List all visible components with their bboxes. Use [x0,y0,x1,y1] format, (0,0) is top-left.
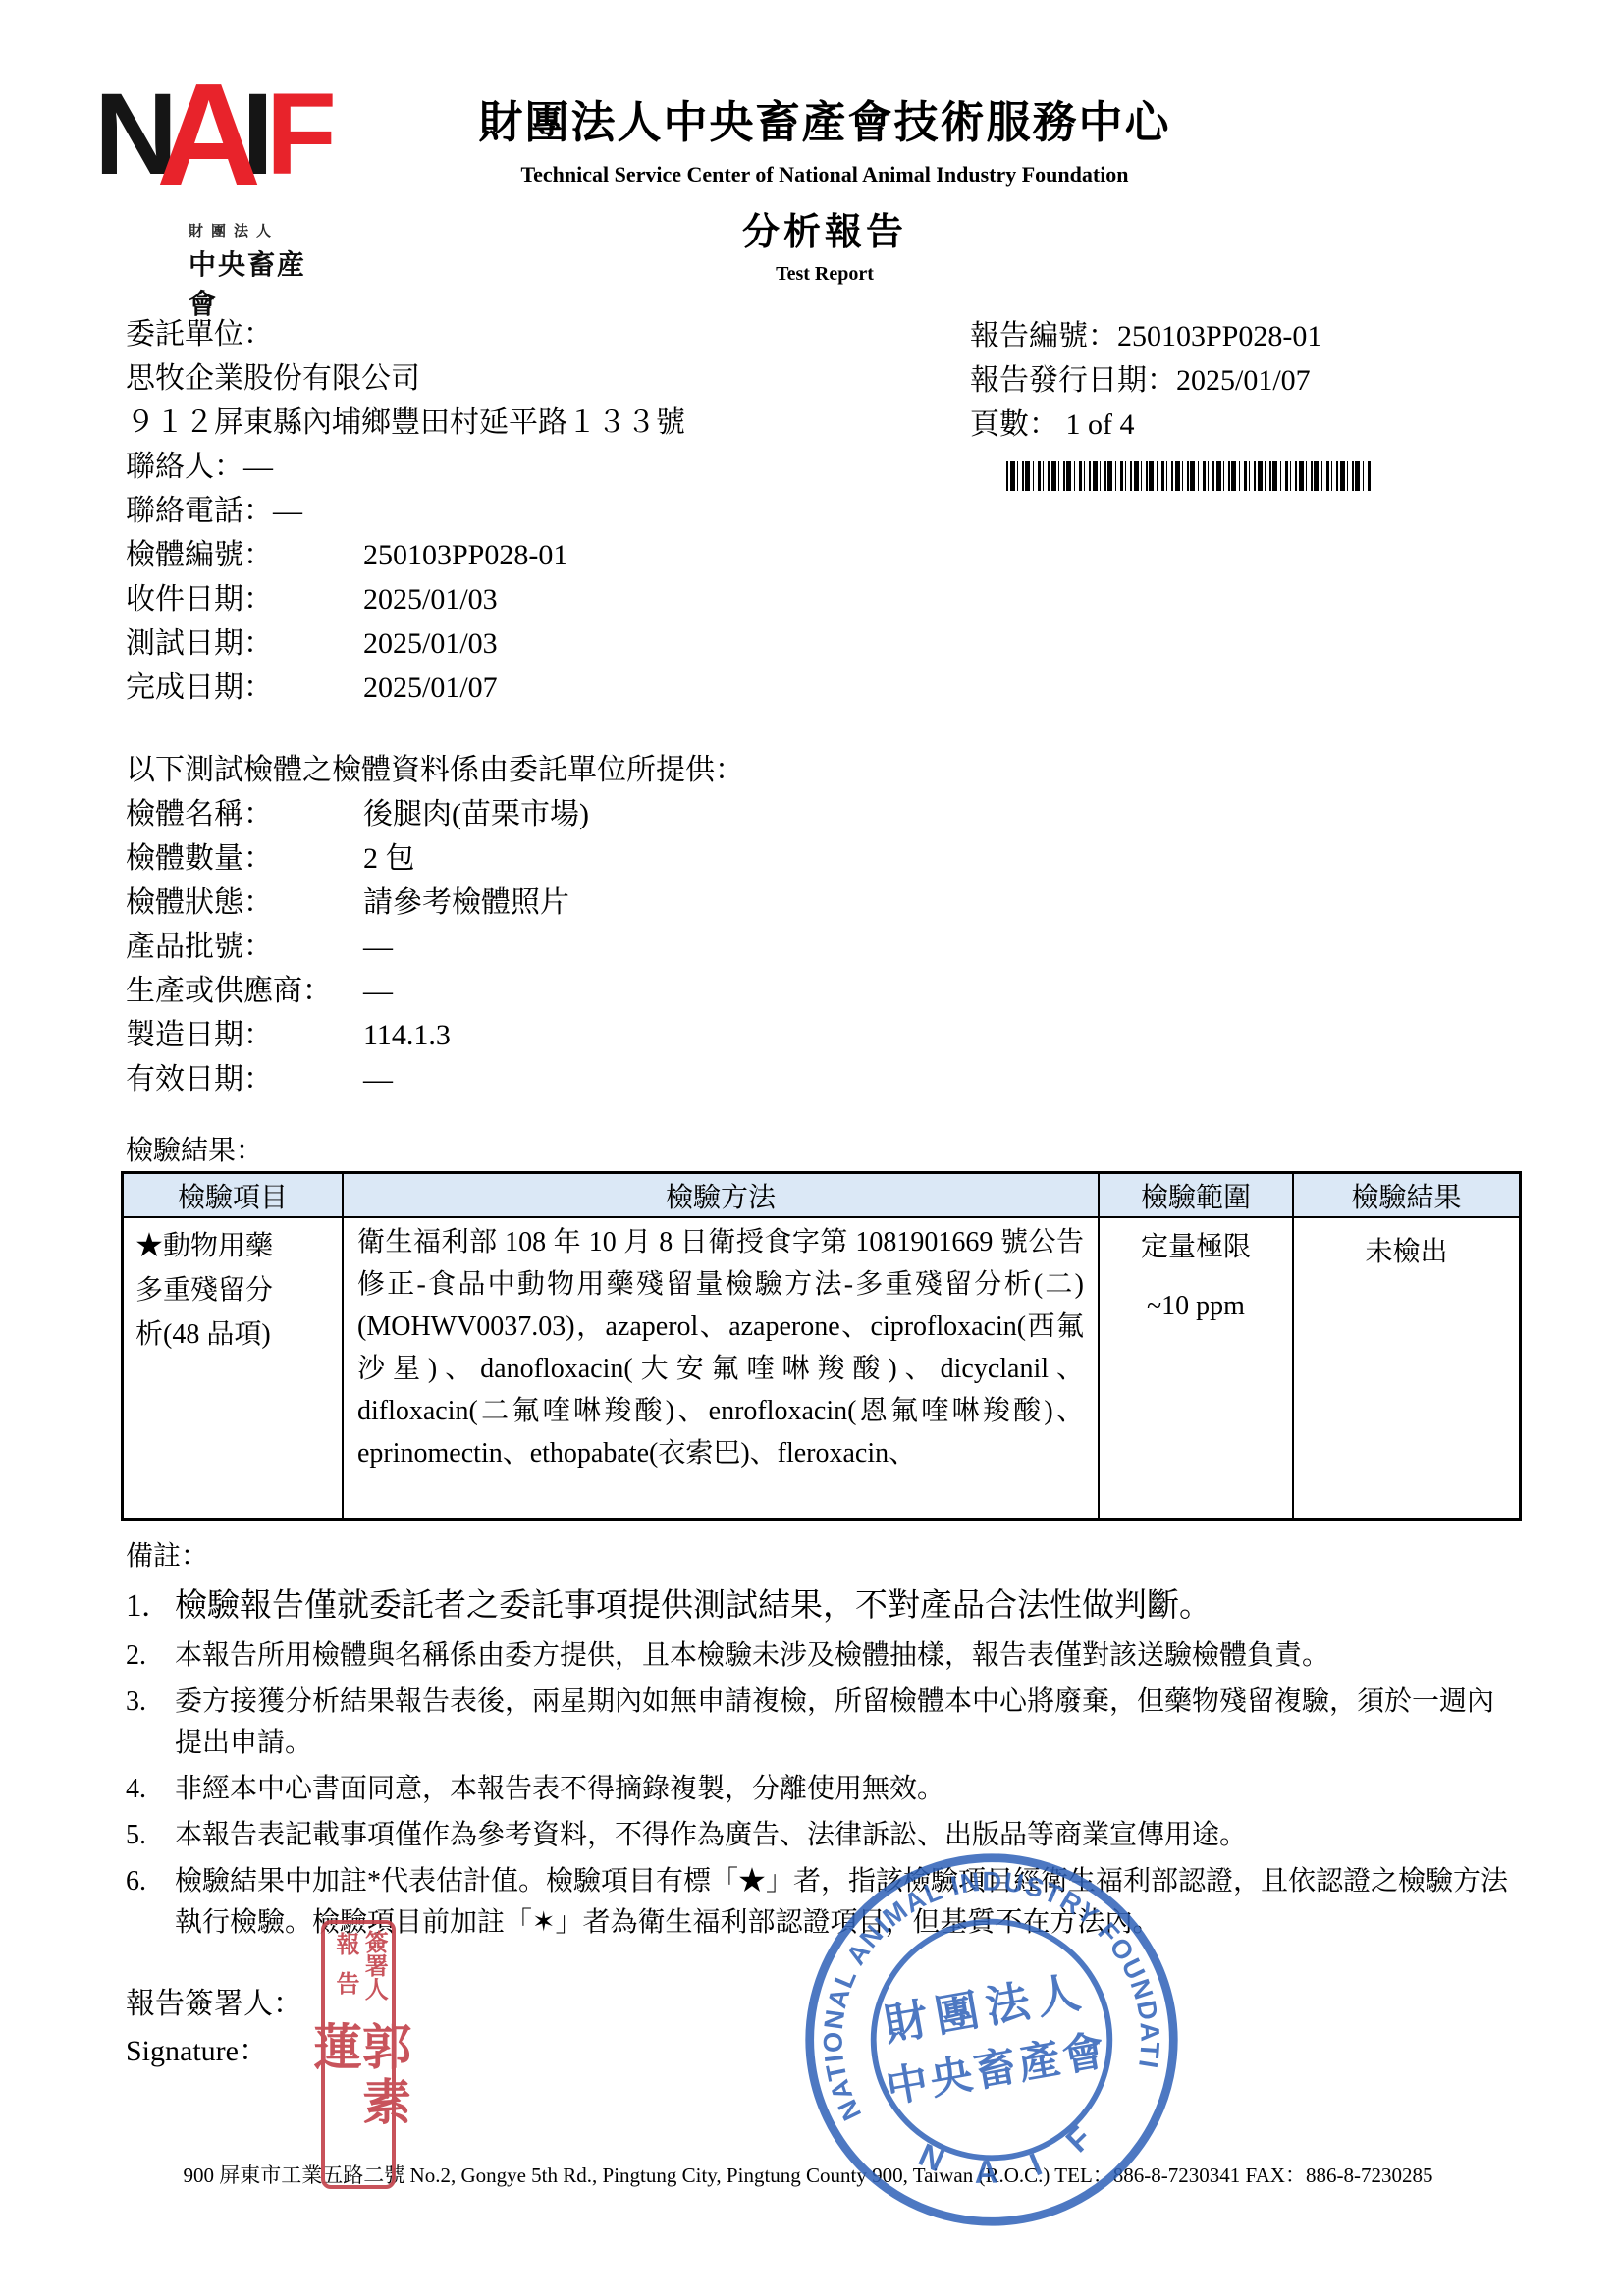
expiry-date-row: 有效日期：— [126,1057,744,1101]
results-heading: 檢驗結果： [126,1129,263,1168]
note-item: 2. 本報告所用檢體與名稱係由委方提供，且本檢驗未涉及檢體抽樣，報告表僅對該送驗… [126,1635,1520,1677]
results-table: 檢驗項目 檢驗方法 檢驗範圍 檢驗結果 ★動物用藥多重殘留分析(48 品項) 衛… [121,1171,1522,1521]
test-date-value: 2025/01/03 [363,627,498,660]
issue-date-label: 報告發行日期： [970,364,1176,397]
org-title-zh: 財團法人中央畜產會技術服務中心 [393,86,1257,150]
received-date-row: 收件日期：2025/01/03 [126,577,685,621]
client-label: 委託單位： [126,312,685,356]
page-count-value: 1 of 4 [1058,408,1135,441]
supplier-row: 生產或供應商：— [126,969,744,1013]
client-name: 思牧企業股份有限公司 [126,356,685,400]
sample-qty-row: 檢體數量：2 包 [126,836,744,881]
logo-letter-f: F [266,77,337,192]
range-value-line: ~10 ppm [1100,1285,1292,1328]
sample-state-label: 檢體狀態： [126,881,363,925]
notes-heading: 備註： [126,1537,1520,1576]
report-no-label: 報告編號： [970,320,1117,352]
range-limit-line: 定量極限 [1100,1226,1292,1269]
sample-id-row: 檢體編號：250103PP028-01 [126,533,685,577]
issue-date-value: 2025/01/07 [1176,364,1311,397]
note-number: 6. [126,1861,175,1944]
client-contact: 聯絡人：— [126,445,685,489]
received-date-label: 收件日期： [126,577,363,621]
mfg-date-row: 製造日期：114.1.3 [126,1013,744,1057]
note-item: 1. 檢驗報告僅就委託者之委託事項提供測試結果，不對產品合法性做判斷。 [126,1581,1520,1630]
test-date-label: 測試日期： [126,621,363,666]
note-number: 3. [126,1682,175,1764]
logo-org-small: 財團法人 [189,220,310,240]
naif-logo: N A I F 財團法人 中央畜産會 [94,77,310,283]
col-header-method: 檢驗方法 [344,1174,1100,1218]
red-stamp-signer-name: 郭素蓮 [309,2021,407,2185]
note-text: 本報告所用檢體與名稱係由委方提供，且本檢驗未涉及檢體抽樣，報告表僅對該送驗檢體負… [175,1635,1520,1677]
sample-qty-value: 2 包 [363,842,415,875]
table-cell-item: ★動物用藥多重殘留分析(48 品項) [124,1218,344,1518]
logo-letter-a: A [156,63,261,208]
col-header-range: 檢驗範圍 [1100,1174,1294,1218]
sample-qty-label: 檢體數量： [126,836,363,881]
note-number: 5. [126,1815,175,1856]
mfg-date-value: 114.1.3 [363,1019,451,1051]
sample-id-label: 檢體編號： [126,533,363,577]
page-count-label: 頁數： [970,408,1058,441]
signer-label-zh: 報告簽署人： [126,1981,302,2028]
sample-intro: 以下測試檢體之檢體資料係由委託單位所提供： [126,748,744,792]
issue-date-row: 報告發行日期：2025/01/07 [970,358,1321,402]
signer-label-en: Signature： [126,2028,302,2075]
sample-name-row: 檢體名稱：後腿肉(苗栗市場) [126,792,744,836]
complete-date-row: 完成日期：2025/01/07 [126,666,685,710]
table-cell-method: 衛生福利部 108 年 10 月 8 日衛授食字第 1081901669 號公告… [344,1218,1100,1518]
logo-org-text: 財團法人 中央畜産會 [189,220,310,322]
test-date-row: 測試日期：2025/01/03 [126,621,685,666]
expiry-date-value: — [363,1063,393,1095]
received-date-value: 2025/01/03 [363,583,498,615]
svg-text:N A I F: N A I F [908,2105,1115,2206]
client-phone: 聯絡電話：— [126,489,685,533]
complete-date-value: 2025/01/07 [363,671,498,704]
sample-id-value: 250103PP028-01 [363,539,567,571]
supplier-label: 生產或供應商： [126,969,363,1013]
signature-block: 報告簽署人： Signature： [126,1981,302,2075]
complete-date-label: 完成日期： [126,666,363,710]
col-header-item: 檢驗項目 [124,1174,344,1218]
report-barcode [1006,461,1372,491]
sample-name-value: 後腿肉(苗栗市場) [363,798,589,830]
stamp-naif-text: N A I F [908,2105,1115,2206]
client-address: ９１２屏東縣內埔鄉豐田村延平路１３３號 [126,400,685,445]
note-text: 委方接獲分析結果報告表後，兩星期內如無申請複檢，所留檢體本中心將廢棄，但藥物殘留… [175,1682,1520,1764]
red-stamp-title-right: 簽署人 [360,1930,385,2019]
report-header: 財團法人中央畜產會技術服務中心 Technical Service Center… [393,86,1257,286]
batch-no-value: — [363,931,393,963]
report-meta-block: 報告編號：250103PP028-01 報告發行日期：2025/01/07 頁數… [970,314,1321,447]
sample-state-value: 請參考檢體照片 [363,886,569,919]
report-title-zh: 分析報告 [393,201,1257,255]
note-text: 非經本中心書面同意，本報告表不得摘錄複製，分離使用無效。 [175,1769,1520,1810]
page-count-row: 頁數： 1 of 4 [970,402,1321,447]
table-cell-result: 未檢出 [1294,1218,1519,1518]
mfg-date-label: 製造日期： [126,1013,363,1057]
sample-info-block: 以下測試檢體之檢體資料係由委託單位所提供： 檢體名稱：後腿肉(苗栗市場) 檢體數… [126,748,744,1101]
expiry-date-label: 有效日期： [126,1057,363,1101]
org-title-en: Technical Service Center of National Ani… [393,162,1257,187]
report-title-en: Test Report [393,263,1257,286]
table-cell-range: 定量極限 ~10 ppm [1100,1218,1294,1518]
note-text: 檢驗報告僅就委託者之委託事項提供測試結果，不對產品合法性做判斷。 [175,1581,1520,1630]
report-no-row: 報告編號：250103PP028-01 [970,314,1321,358]
client-info-block: 委託單位： 思牧企業股份有限公司 ９１２屏東縣內埔鄉豐田村延平路１３３號 聯絡人… [126,312,685,710]
sample-state-row: 檢體狀態：請參考檢體照片 [126,881,744,925]
batch-no-row: 產品批號：— [126,925,744,969]
note-item: 4. 非經本中心書面同意，本報告表不得摘錄複製，分離使用無效。 [126,1769,1520,1810]
note-number: 2. [126,1635,175,1677]
signer-red-stamp: 報告 簽署人 郭素蓮 [321,1920,396,2189]
naif-logo-letters: N A I F [94,77,310,208]
red-stamp-title-left: 報告 [332,1932,356,2019]
sample-name-label: 檢體名稱： [126,792,363,836]
report-no-value: 250103PP028-01 [1117,320,1321,352]
foundation-round-stamp: NATIONAL ANIMAL INDUSTRY FOUNDATION N A … [801,1849,1182,2230]
red-stamp-title: 報告 簽署人 [332,1930,385,2019]
note-item: 3. 委方接獲分析結果報告表後，兩星期內如無申請複檢，所留檢體本中心將廢棄，但藥… [126,1682,1520,1764]
supplier-value: — [363,975,393,1007]
col-header-result: 檢驗結果 [1294,1174,1519,1218]
logo-org-name: 中央畜産會 [189,243,310,322]
note-number: 1. [126,1581,175,1630]
note-number: 4. [126,1769,175,1810]
test-report-page: N A I F 財團法人 中央畜産會 財團法人中央畜產會技術服務中心 Techn… [0,0,1616,2296]
batch-no-label: 產品批號： [126,925,363,969]
